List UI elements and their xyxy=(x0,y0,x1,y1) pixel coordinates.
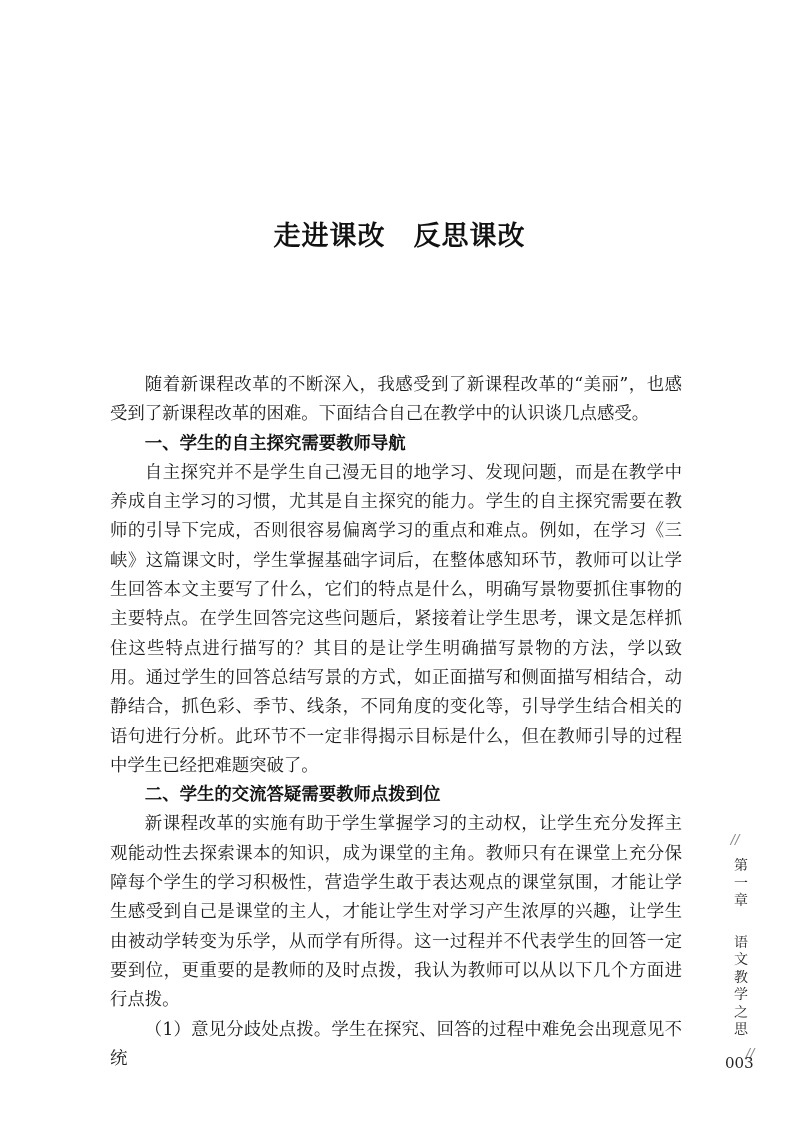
section-heading-1: 一、学生的自主探究需要教师导航 xyxy=(110,430,682,459)
paragraph-section-1: 自主探究并不是学生自己漫无目的地学习、发现问题，而是在教学中养成自主学习的习惯，… xyxy=(110,459,682,781)
body-content: 随着新课程改革的不断深入，我感受到了新课程改革的“美丽”，也感受到了新课程改革的… xyxy=(110,371,682,1074)
paragraph-intro: 随着新课程改革的不断深入，我感受到了新课程改革的“美丽”，也感受到了新课程改革的… xyxy=(110,371,682,430)
paragraph-point-1: （1）意见分歧处点拨。学生在探究、回答的过程中难免会出现意见不统 xyxy=(110,1016,682,1075)
slash-decoration-icon: // xyxy=(731,834,740,848)
page-number: 003 xyxy=(725,1054,754,1072)
chapter-side-tab: // 第一章 语文教学之思 // xyxy=(728,834,754,1062)
section-heading-2: 二、学生的交流答疑需要教师点拨到位 xyxy=(110,781,682,810)
page-title: 走进课改 反思课改 xyxy=(0,214,799,253)
paragraph-section-2: 新课程改革的实施有助于学生掌握学习的主动权，让学生充分发挥主观能动性去探索课本的… xyxy=(110,810,682,1015)
chapter-label: 第一章 xyxy=(733,858,749,911)
chapter-section-label: 语文教学之思 xyxy=(733,935,749,1040)
